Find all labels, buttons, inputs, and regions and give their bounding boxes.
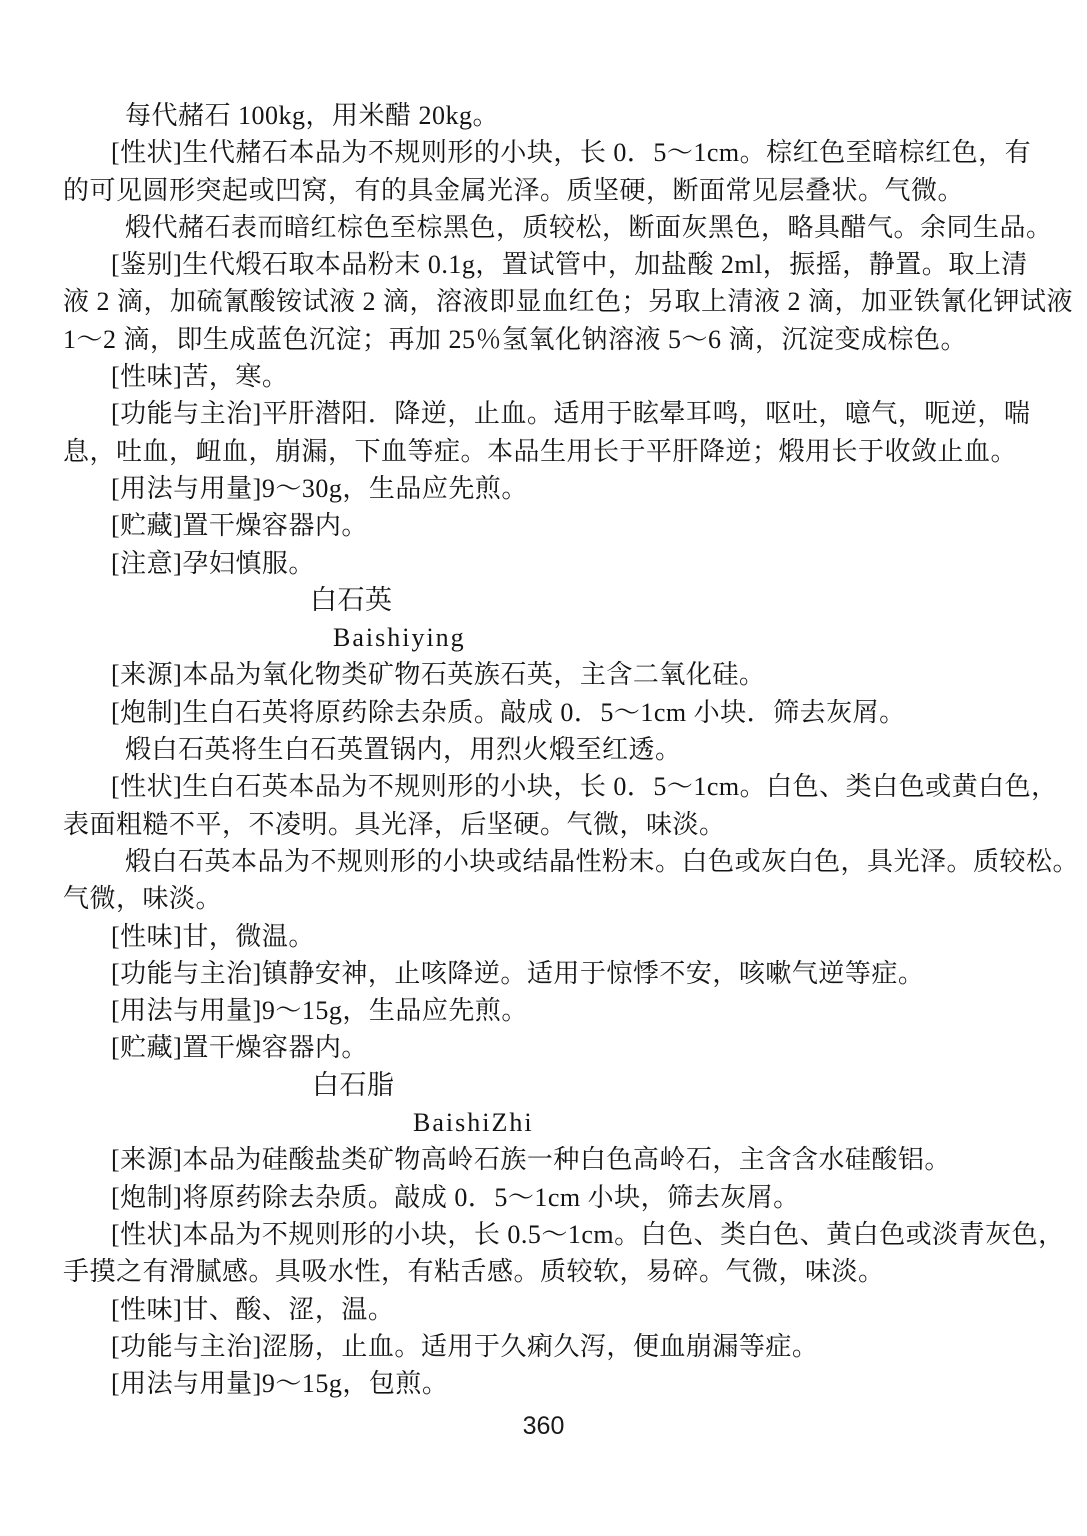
text-line: [性状]本品为不规则形的小块，长 0.5～1cm。白色、类白色、黄白色或淡青灰色… [63, 1216, 1025, 1253]
text-line: [性味]苦，寒。 [63, 358, 1025, 395]
text-line: [注意]孕妇慎服。 [63, 545, 1025, 582]
text-line: [来源]本品为硅酸盐类矿物高岭石族一种白色高岭石，主含含水硅酸铝。 [63, 1141, 1025, 1178]
text-line: 气微，味淡。 [63, 880, 1025, 917]
text-line: 1～2 滴，即生成蓝色沉淀；再加 25％氢氧化钠溶液 5～6 滴，沉淀变成棕色。 [63, 321, 1025, 358]
text-line: [性状]生白石英本品为不规则形的小块，长 0．5～1cm。白色、类白色或黄白色， [63, 768, 1025, 805]
page-body-text: 每代赭石 100kg，用米醋 20kg。[性状]生代赭石本品为不规则形的小块，长… [63, 97, 1025, 1402]
text-line: 煅白石英将生白石英置锅内，用烈火煅至红透。 [63, 731, 1025, 768]
text-line: [性味]甘、酸、涩，温。 [63, 1291, 1025, 1328]
text-line: [功能与主治]涩肠，止血。适用于久痢久泻，便血崩漏等症。 [63, 1328, 1025, 1365]
page-number: 360 [0, 1412, 1087, 1441]
document-page: 每代赭石 100kg，用米醋 20kg。[性状]生代赭石本品为不规则形的小块，长… [0, 0, 1087, 1536]
section-title-pinyin: BaishiZhi [63, 1104, 1025, 1141]
section-title-cn: 白石英 [63, 582, 1025, 619]
text-line: [贮藏]置干燥容器内。 [63, 1029, 1025, 1066]
text-line: [炮制]将原药除去杂质。敲成 0．5～1cm 小块，筛去灰屑。 [63, 1179, 1025, 1216]
text-line: [功能与主治]平肝潜阳．降逆，止血。适用于眩晕耳鸣，呕吐，噫气，呃逆，喘 [63, 395, 1025, 432]
text-line: [性味]甘，微温。 [63, 918, 1025, 955]
text-line: [性状]生代赭石本品为不规则形的小块，长 0．5～1cm。棕红色至暗棕红色，有 [63, 134, 1025, 171]
text-line: [鉴别]生代煅石取本品粉末 0.1g，置试管中，加盐酸 2ml，振摇，静置。取上… [63, 246, 1025, 283]
text-line: 每代赭石 100kg，用米醋 20kg。 [63, 97, 1025, 134]
text-line: 手摸之有滑腻感。具吸水性，有粘舌感。质较软，易碎。气微，味淡。 [63, 1253, 1025, 1290]
text-line: [功能与主治]镇静安神，止咳降逆。适用于惊悸不安，咳嗽气逆等症。 [63, 955, 1025, 992]
text-line: [用法与用量]9～30g，生品应先煎。 [63, 470, 1025, 507]
text-line: 液 2 滴，加硫氰酸铵试液 2 滴，溶液即显血红色；另取上清液 2 滴，加亚铁氰… [63, 283, 1025, 320]
text-line: 煅代赭石表而暗红棕色至棕黑色，质较松，断面灰黑色，略具醋气。余同生品。 [63, 209, 1025, 246]
text-line: [炮制]生白石英将原药除去杂质。敲成 0．5～1cm 小块．筛去灰屑。 [63, 694, 1025, 731]
text-line: [用法与用量]9～15g，包煎。 [63, 1365, 1025, 1402]
text-line: [贮藏]置干燥容器内。 [63, 507, 1025, 544]
text-line: 息，吐血，衄血，崩漏，下血等症。本品生用长于平肝降逆；煅用长于收敛止血。 [63, 433, 1025, 470]
text-line: [来源]本品为氧化物类矿物石英族石英，主含二氧化硅。 [63, 656, 1025, 693]
text-line: 的可见圆形突起或凹窝，有的具金属光泽。质坚硬，断面常见层叠状。气微。 [63, 172, 1025, 209]
text-line: [用法与用量]9～15g，生品应先煎。 [63, 992, 1025, 1029]
text-line: 表面粗糙不平，不凌明。具光泽，后坚硬。气微，味淡。 [63, 806, 1025, 843]
section-title-cn: 白石脂 [63, 1067, 1025, 1104]
section-title-pinyin: Baishiying [63, 619, 1025, 656]
text-line: 煅白石英本品为不规则形的小块或结晶性粉末。白色或灰白色，具光泽。质较松。 [63, 843, 1025, 880]
